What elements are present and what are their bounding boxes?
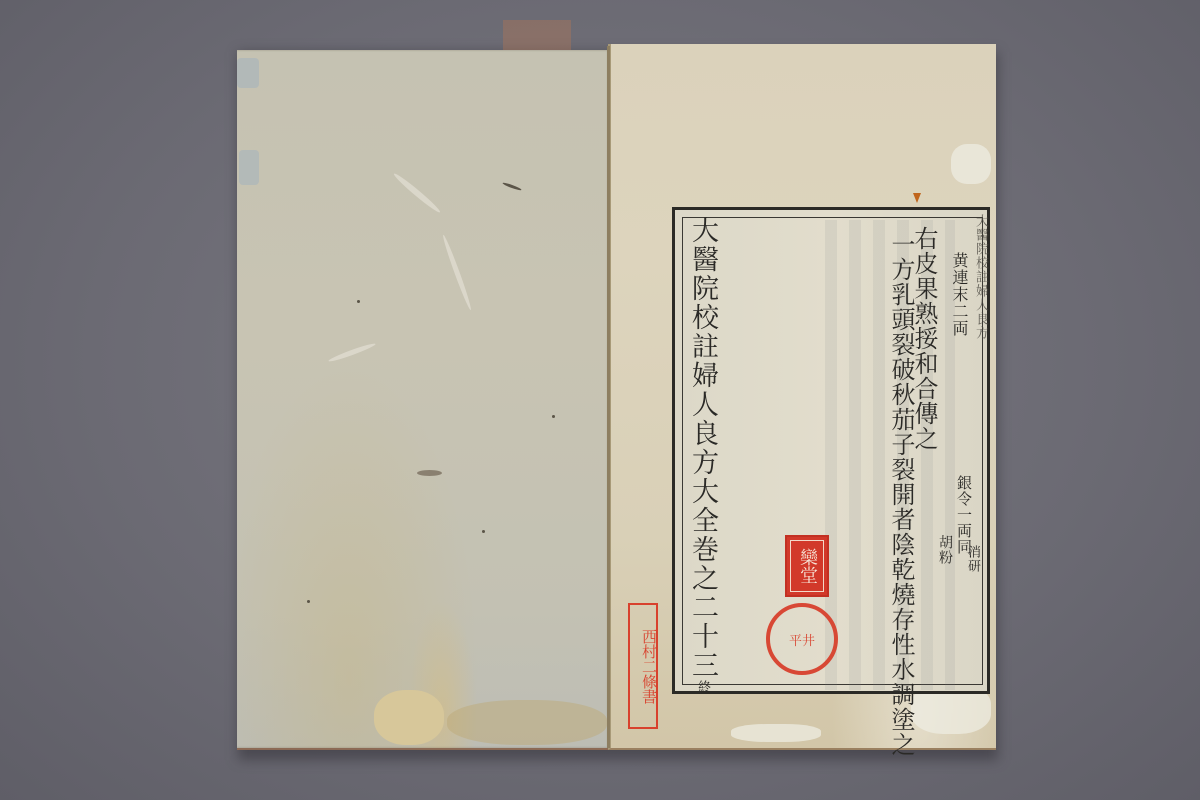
paper-fiber	[392, 171, 442, 214]
colophon-title: 大醫院校註婦人良方大全巻之二十三終	[687, 216, 717, 695]
book-gutter	[607, 46, 610, 748]
title-end-mark: 終	[695, 680, 710, 695]
paper-fiber	[328, 342, 377, 364]
text-column-small: 銀令一両同	[955, 475, 972, 555]
paper-wear	[951, 144, 991, 184]
text-column-small: 胡粉	[937, 535, 953, 565]
seal-text: 平井	[789, 630, 815, 649]
paper-speck	[482, 530, 485, 533]
square-collector-seal: 欒堂	[785, 535, 829, 597]
water-stain	[447, 700, 607, 745]
seal-text: 西村二條書	[641, 629, 656, 704]
repair-patch	[239, 150, 259, 185]
text-column-small: 消研	[965, 545, 980, 573]
title-text: 大醫院校註婦人良方大全巻之二十三	[687, 216, 718, 680]
paper-speck	[307, 600, 310, 603]
text-column: 右皮果熟挼和合傳之	[910, 226, 938, 451]
left-page-endpaper	[237, 50, 610, 750]
paper-speck	[357, 300, 360, 303]
text-column-small: 黄連末二両	[950, 252, 968, 337]
orange-mark	[913, 193, 921, 203]
repair-patch	[237, 58, 259, 88]
paper-wear	[731, 724, 821, 742]
seal-inner-border: 欒堂	[790, 540, 824, 592]
paper-fiber	[441, 234, 473, 311]
paper-speck	[417, 470, 442, 476]
paper-speck	[552, 415, 555, 418]
vertical-publisher-seal: 西村二條書	[628, 603, 658, 729]
circular-seal: 平井	[766, 603, 838, 675]
edge-column-text: 大醫院校註婦人良方	[973, 214, 987, 340]
water-stain	[374, 690, 444, 745]
seal-text: 欒堂	[797, 548, 817, 584]
paper-speck	[502, 182, 522, 192]
